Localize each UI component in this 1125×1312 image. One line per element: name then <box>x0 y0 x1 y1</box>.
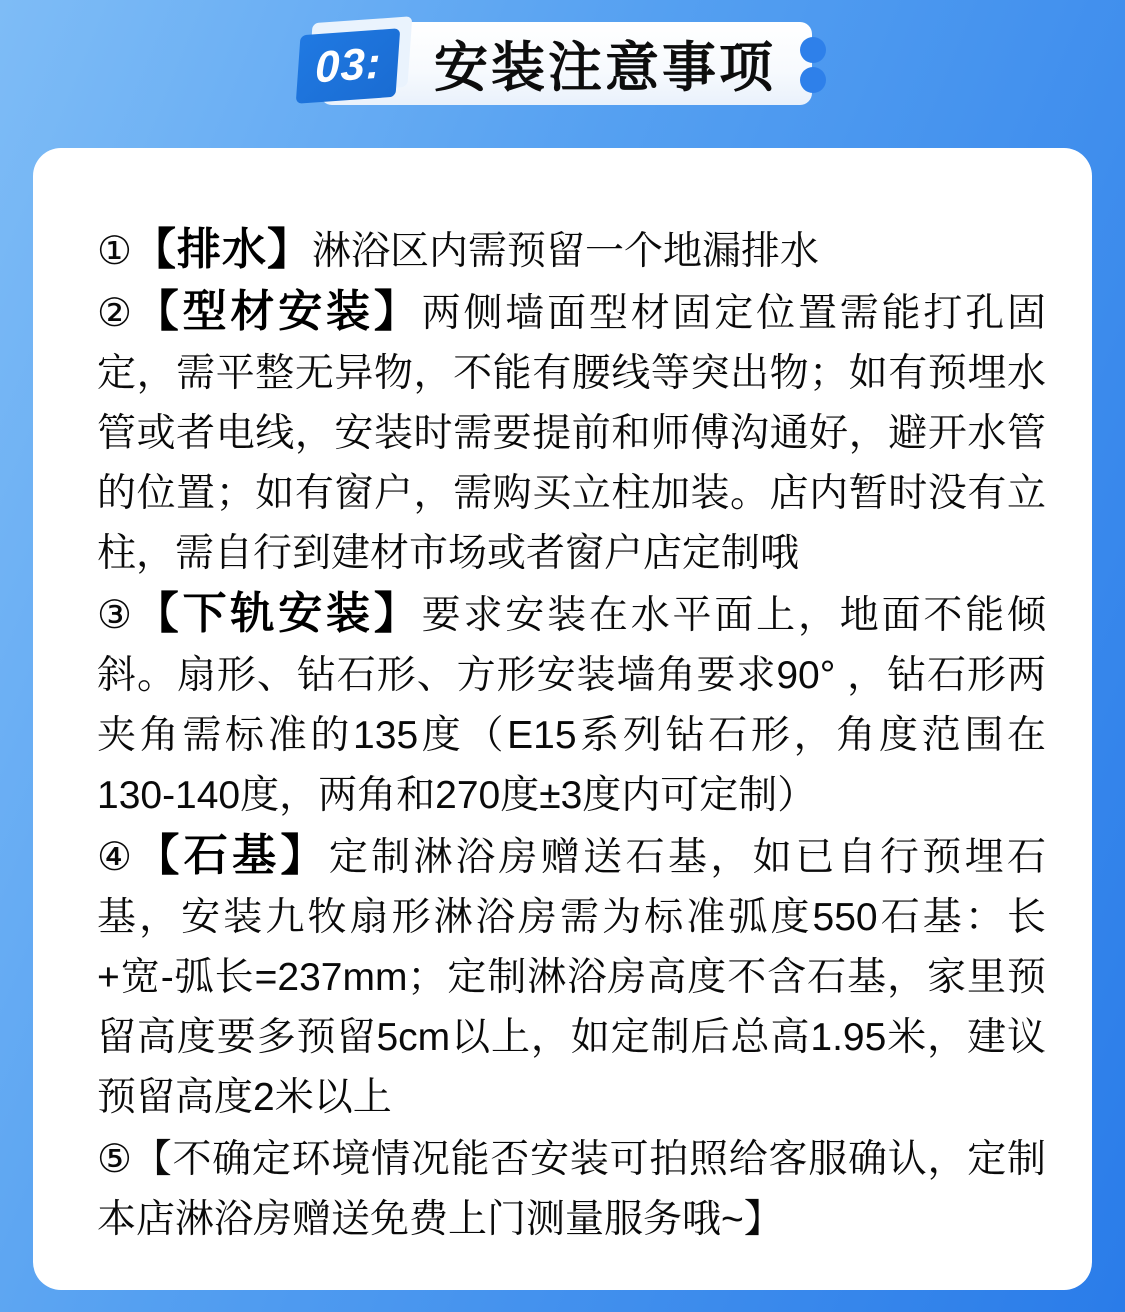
section-number-label: 03: <box>315 39 381 94</box>
note-text: 淋浴区内需预留一个地漏排水 <box>312 230 819 273</box>
section-number-badge: 03: <box>298 26 402 98</box>
note-number: ② <box>97 292 135 335</box>
badge-shape: 03: <box>296 28 401 103</box>
note-item-2: ②【型材安装】两侧墙面型材固定位置需能打孔固定，需平整无异物，不能有腰线等突出物… <box>97 282 1046 584</box>
note-tag: 【石基】 <box>135 831 329 880</box>
note-text: 【不确定环境情况能否安装可拍照给客服确认，定制本店淋浴房赠送免费上门测量服务哦~… <box>97 1138 1046 1241</box>
note-tag: 【下轨安装】 <box>135 589 422 638</box>
section-title: 安装注意事项 <box>434 25 776 102</box>
ticket-notch-bottom <box>800 67 826 93</box>
note-tag: 【型材安装】 <box>135 287 422 336</box>
note-number: ④ <box>97 836 135 879</box>
note-item-1: ①【排水】淋浴区内需预留一个地漏排水 <box>97 220 1046 282</box>
note-number: ③ <box>97 594 135 637</box>
note-number: ⑤ <box>97 1138 133 1181</box>
note-number: ① <box>97 230 132 273</box>
ticket-notch-top <box>800 37 826 63</box>
section-header-banner: 03: 安装注意事项 <box>320 22 812 105</box>
note-item-3: ③【下轨安装】要求安装在水平面上，地面不能倾斜。扇形、钻石形、方形安装墙角要求9… <box>97 584 1046 826</box>
note-item-4: ④【石基】定制淋浴房赠送石基，如已自行预埋石基，安装九牧扇形淋浴房需为标准弧度5… <box>97 826 1046 1128</box>
notes-card: ①【排水】淋浴区内需预留一个地漏排水 ②【型材安装】两侧墙面型材固定位置需能打孔… <box>33 148 1092 1290</box>
note-tag: 【排水】 <box>132 225 312 274</box>
note-item-5: ⑤【不确定环境情况能否安装可拍照给客服确认，定制本店淋浴房赠送免费上门测量服务哦… <box>97 1128 1046 1250</box>
